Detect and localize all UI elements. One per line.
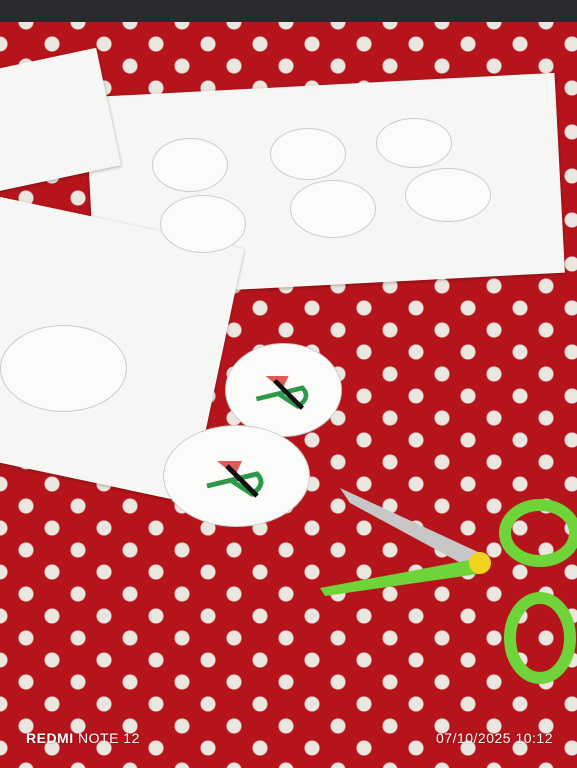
sticker-6 [405,168,491,222]
sticker-1 [152,138,228,192]
sticker-5 [290,180,376,238]
cutout-sticker-2 [163,425,310,527]
sticker-7 [0,325,127,412]
camera-watermark-timestamp: 07/10/2025 10:12 [436,730,553,746]
green-scissors[interactable] [310,478,577,698]
sticker-3 [376,118,452,168]
sticker-4 [160,195,246,253]
sticker-2 [270,128,346,180]
cutout-sticker-1 [225,343,342,437]
background-top [0,0,577,22]
camera-watermark-model: REDMI NOTE 12 [26,730,140,746]
